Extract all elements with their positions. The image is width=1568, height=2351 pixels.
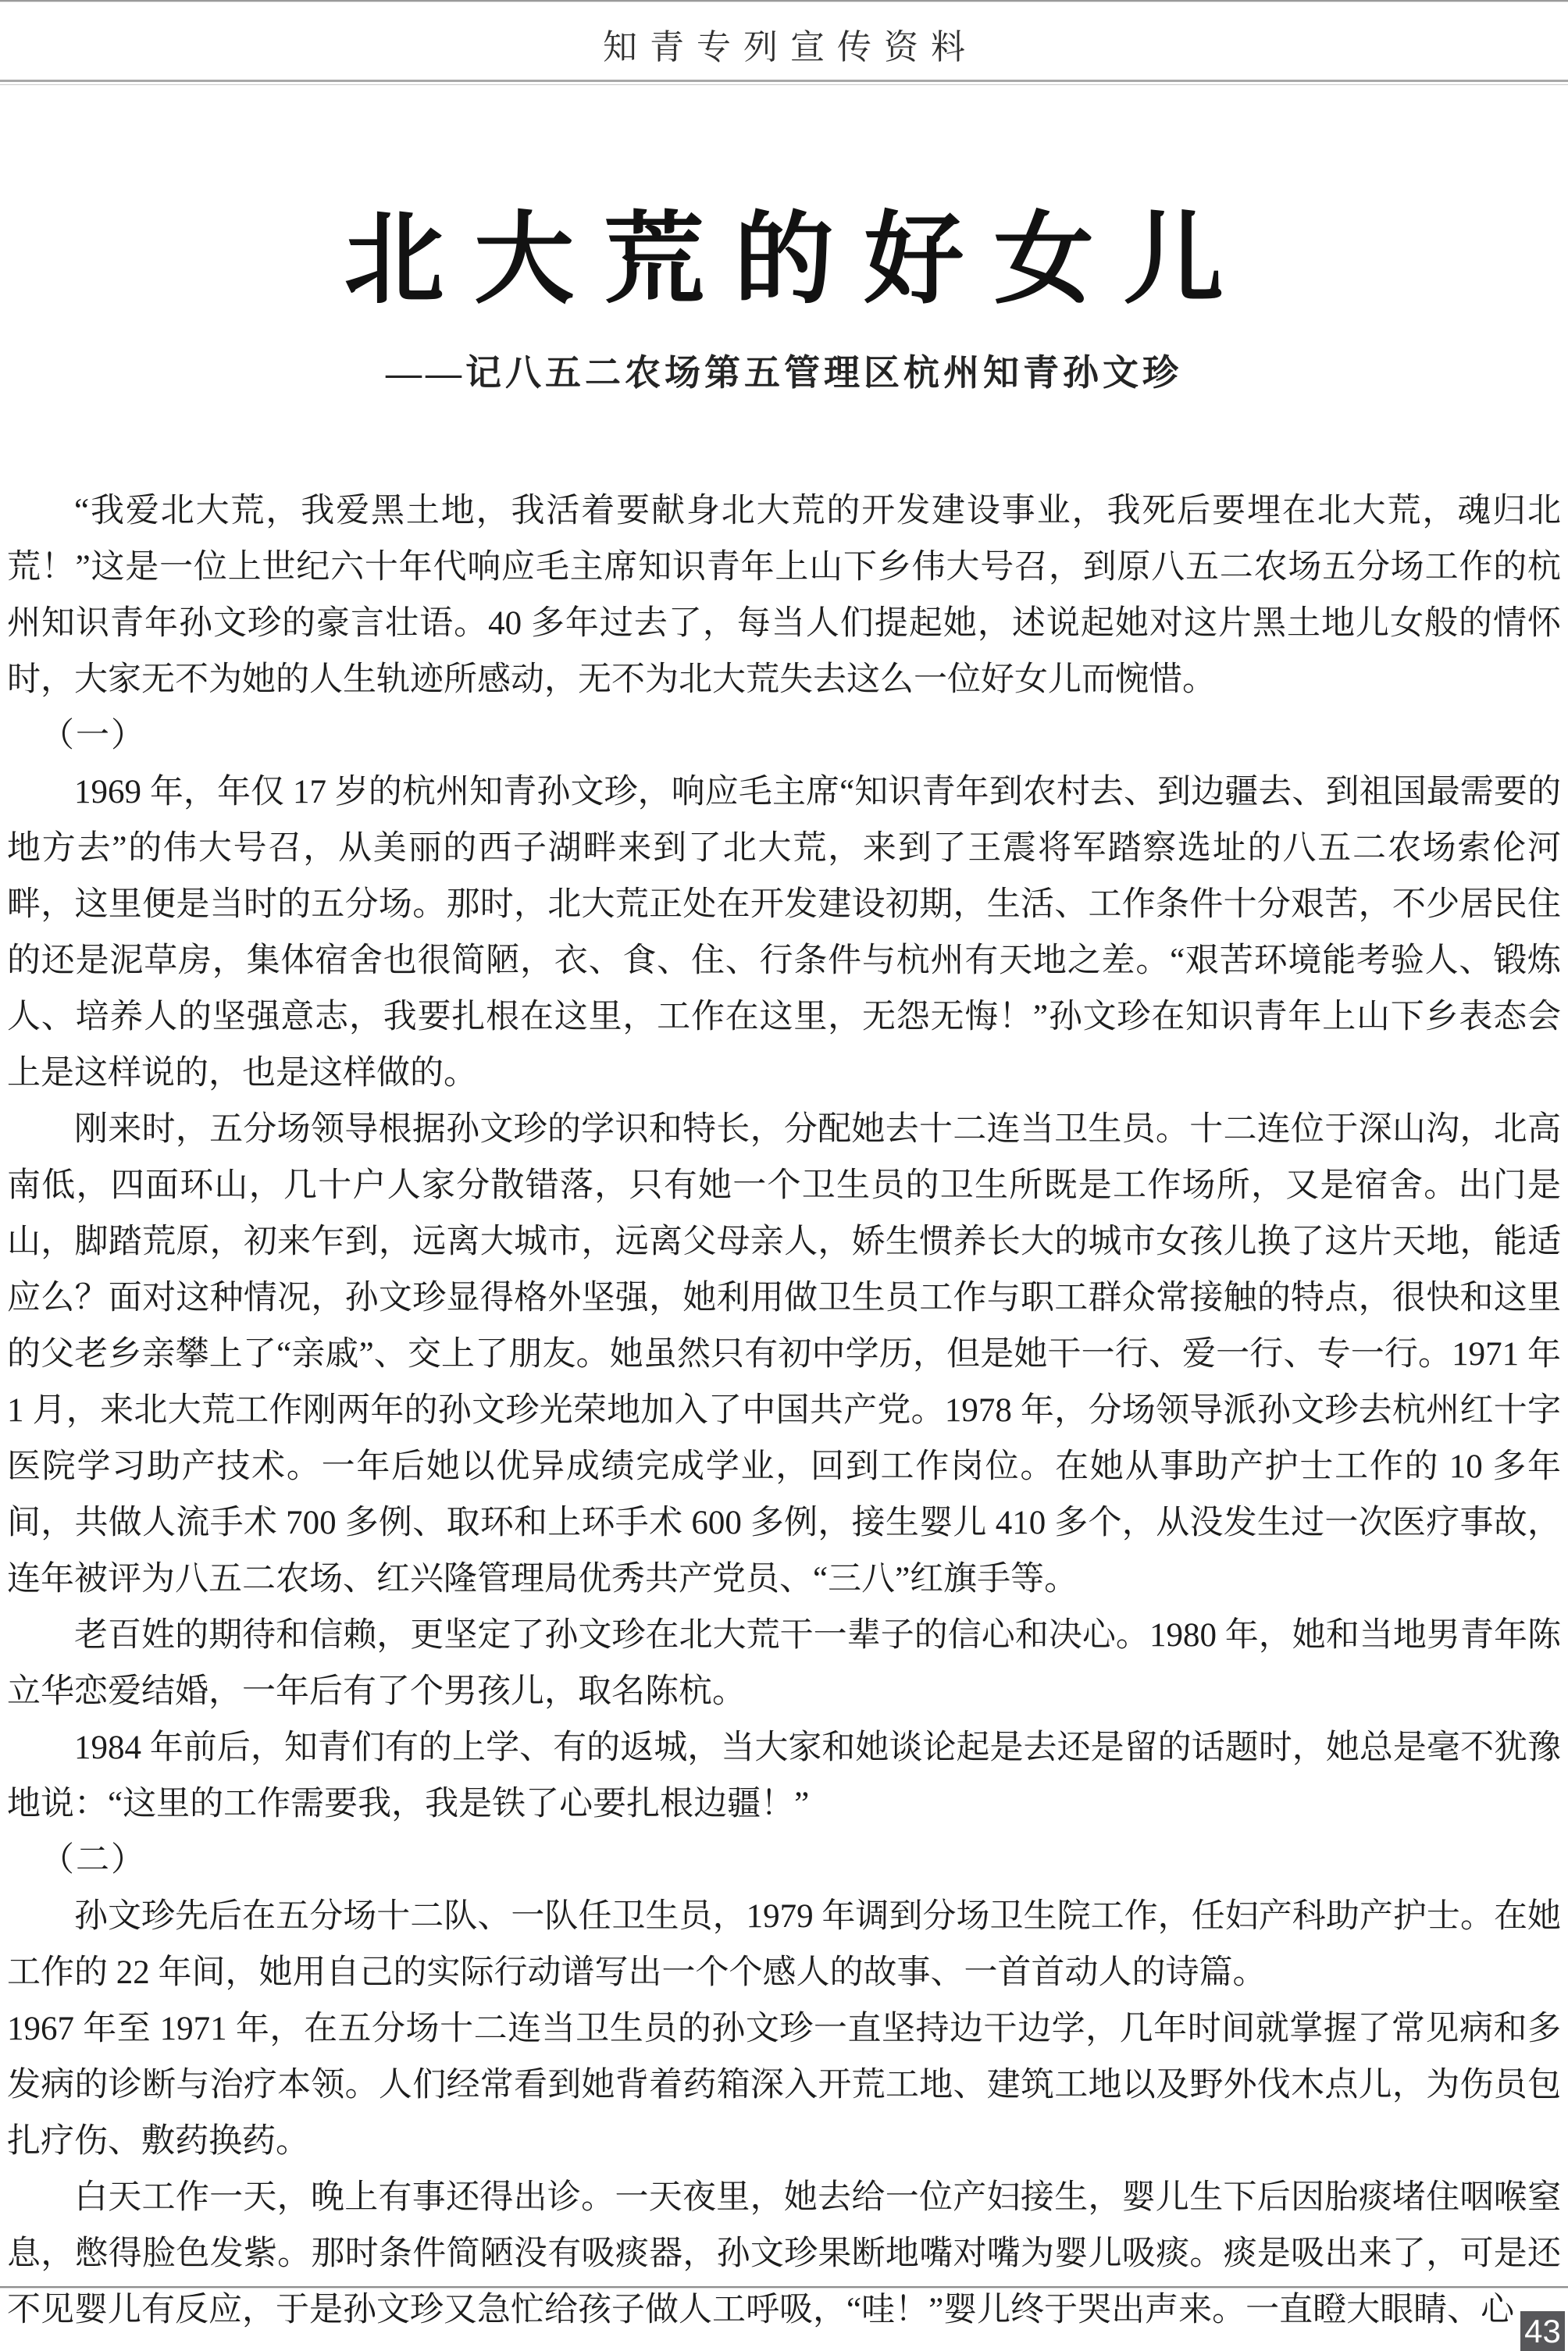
footer-rule: [0, 2286, 1568, 2289]
paragraph: 白天工作一天，晚上有事还得出诊。一天夜里，她去给一位产妇接生，婴儿生下后因胎痰堵…: [7, 2170, 1561, 2339]
page-number-badge: 43: [1520, 2311, 1565, 2351]
header-divider-rule: [0, 80, 1568, 85]
article-body: “我爱北大荒，我爱黑土地，我活着要献身北大荒的开发建设事业，我死后要埋在北大荒，…: [0, 483, 1568, 2339]
paragraph: 1967 年至 1971 年，在五分场十二连当卫生员的孙文珍一直坚持边干边学，几…: [7, 2001, 1561, 2170]
paragraph: 老百姓的期待和信赖，更坚定了孙文珍在北大荒干一辈子的信心和决心。1980 年，她…: [7, 1608, 1561, 1720]
paragraph: 孙文珍先后在五分场十二队、一队任卫生员，1979 年调到分场卫生院工作，任妇产科…: [7, 1889, 1561, 2001]
paragraph: 刚来时，五分场领导根据孙文珍的学识和特长，分配她去十二连当卫生员。十二连位于深山…: [7, 1102, 1561, 1608]
paragraph: 1969 年，年仅 17 岁的杭州知青孙文珍，响应毛主席“知识青年到农村去、到边…: [7, 764, 1561, 1102]
article-title: 北大荒的好女儿: [0, 201, 1568, 321]
paragraph: “我爱北大荒，我爱黑土地，我活着要献身北大荒的开发建设事业，我死后要埋在北大荒，…: [7, 483, 1561, 708]
article-subtitle: ——记八五二农场第五管理区杭州知青孙文珍: [0, 344, 1568, 396]
paragraph: 1984 年前后，知青们有的上学、有的返城，当大家和她谈论起是去还是留的话题时，…: [7, 1720, 1561, 1833]
section-marker: （二）: [7, 1833, 1561, 1889]
top-rule: [0, 0, 1568, 2]
section-marker: （一）: [7, 708, 1561, 764]
running-header: 知青专列宣传资料: [0, 0, 1568, 69]
document-page: 知青专列宣传资料 北大荒的好女儿 ——记八五二农场第五管理区杭州知青孙文珍 “我…: [0, 0, 1568, 2351]
